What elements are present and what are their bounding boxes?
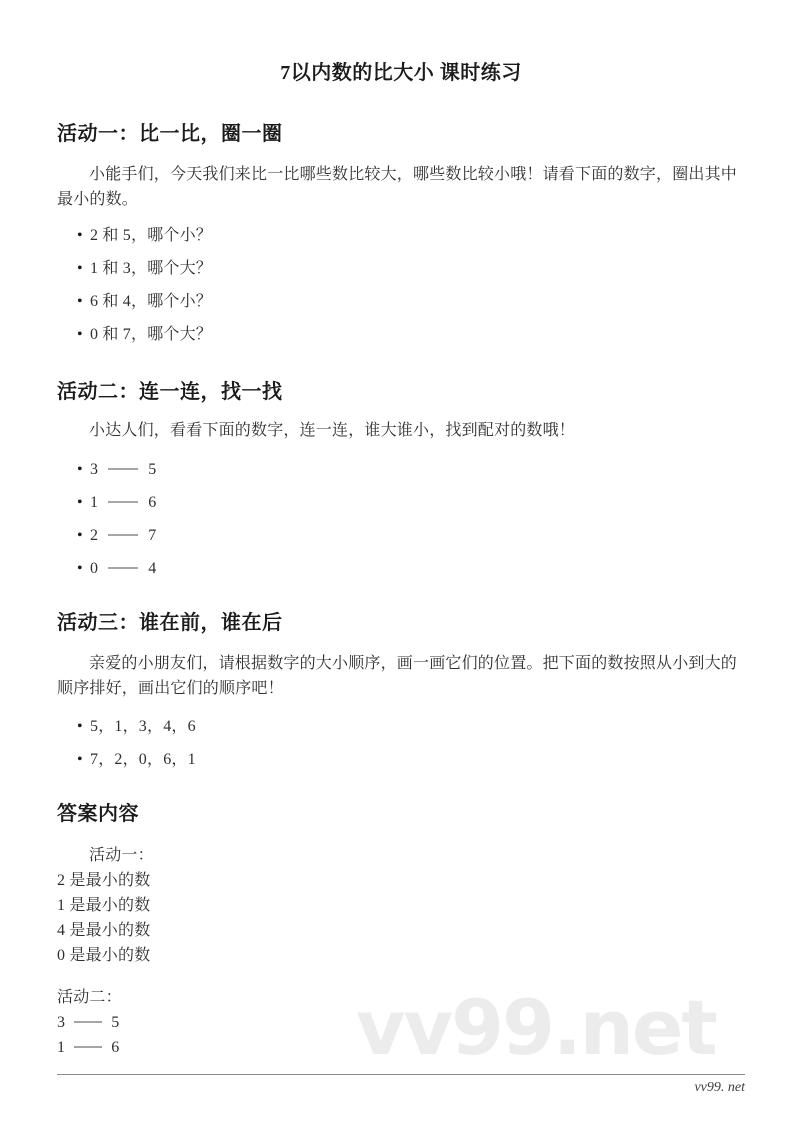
list-item-text: 6 和 4，哪个小？ [90,293,212,310]
pair-right-number: 6 [111,1039,119,1056]
pair-row: 04 [57,556,745,582]
list-item: 5，1，3，4，6 [57,714,745,740]
list-item: 1 和 3，哪个大？ [57,256,745,282]
pair-row: 27 [57,523,745,549]
pair-right-number: 7 [148,527,156,544]
answers-activity-1: 活动一： 2 是最小的数 1 是最小的数 4 是最小的数 0 是最小的数 [57,843,745,968]
section-3-heading: 活动三：谁在前，谁在后 [57,610,745,636]
connector-line [108,501,138,503]
pair-right-number: 6 [148,494,156,511]
pair-right-number: 5 [148,461,156,478]
pair-left-number: 0 [90,560,98,577]
list-item-text: 0 和 7，哪个大？ [90,326,212,343]
list-item-text: 5，1，3，4，6 [90,718,196,735]
pair-left-number: 3 [57,1014,65,1031]
pair-left-number: 1 [90,494,98,511]
list-item: 6 和 4，哪个小？ [57,289,745,315]
answers-heading: 答案内容 [57,801,745,827]
section-2-paragraph: 小达人们，看看下面的数字，连一连，谁大谁小，找到配对的数哦！ [57,418,745,443]
section-1-bullet-list: 2 和 5，哪个小？ 1 和 3，哪个大？ 6 和 4，哪个小？ 0 和 7，哪… [57,223,745,348]
connector-line [108,534,138,536]
connector-line [74,1021,102,1023]
footer-divider [57,1074,745,1075]
pair-left-number: 1 [57,1039,65,1056]
answer-pair-row: 35 [57,1010,745,1035]
pair-row: 35 [57,457,745,483]
answers-activity-1-label: 活动一： [57,843,745,868]
footer-site-text: vv99. net [694,1079,745,1097]
pair-row: 16 [57,490,745,516]
section-3-bullet-list: 5，1，3，4，6 7，2，0，6，1 [57,714,745,773]
list-item-text: 1 和 3，哪个大？ [90,260,212,277]
list-item: 0 和 7，哪个大？ [57,322,745,348]
connector-line [74,1046,102,1048]
list-item-text: 2 和 5，哪个小？ [90,227,212,244]
pair-left-number: 3 [90,461,98,478]
answer-line: 1 是最小的数 [57,893,745,918]
answer-pair-row: 16 [57,1035,745,1060]
pair-left-number: 2 [90,527,98,544]
list-item-text: 7，2，0，6，1 [90,751,196,768]
section-1-heading: 活动一：比一比，圈一圈 [57,121,745,147]
section-2-heading: 活动二：连一连，找一找 [57,379,745,405]
list-item: 7，2，0，6，1 [57,747,745,773]
answers-activity-2-label: 活动二： [57,985,745,1010]
answers-activity-2: 活动二： 35 16 [57,985,745,1060]
section-3-paragraph: 亲爱的小朋友们，请根据数字的大小顺序，画一画它们的位置。把下面的数按照从小到大的… [57,651,745,701]
pair-right-number: 4 [148,560,156,577]
page-title: 7以内数的比大小 课时练习 [57,0,745,86]
connector-line [108,567,138,569]
connector-line [108,468,138,470]
worksheet-page: vv99.net 7以内数的比大小 课时练习 活动一：比一比，圈一圈 小能手们，… [0,0,800,1130]
section-2-pair-list: 35 16 27 04 [57,457,745,582]
answer-line: 2 是最小的数 [57,868,745,893]
answer-line: 0 是最小的数 [57,943,745,968]
document-content: 7以内数的比大小 课时练习 活动一：比一比，圈一圈 小能手们，今天我们来比一比哪… [0,0,800,1060]
answer-line: 4 是最小的数 [57,918,745,943]
pair-right-number: 5 [111,1014,119,1031]
section-1-paragraph: 小能手们，今天我们来比一比哪些数比较大，哪些数比较小哦！请看下面的数字，圈出其中… [57,162,745,212]
list-item: 2 和 5，哪个小？ [57,223,745,249]
